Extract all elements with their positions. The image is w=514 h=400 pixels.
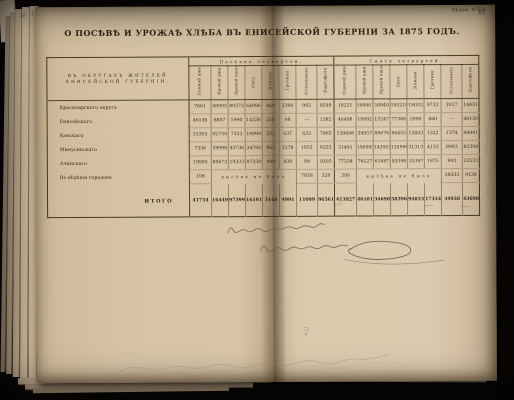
cell-value: 61887 [373,155,390,169]
spacer-cell [228,184,245,193]
cell-value: 328 [317,169,334,183]
cell-value: 18032 [407,99,424,113]
cell-value: 108 [189,170,211,184]
spacer-cell [211,184,228,193]
handwritten-note-bottom [115,357,421,379]
document-page: Вѣдом. № 1-й. 45 68 О ПОСѢВѢ И УРОЖАѢ ХЛ… [35,5,497,383]
cell-value: 98 [279,113,296,127]
leader-dots: . . . . . . . [90,160,120,165]
column-header-label: Картофеля [468,67,473,92]
cell-value: 35397 [407,155,424,169]
cell-value: 77334 [334,155,356,169]
cell-value: 143955 [373,141,390,155]
column-header-label: Остальныхъ яровыхъ хлѣбовъ [449,65,454,94]
spacer-cell [279,183,296,192]
handwritten-folio-fraction: 45 68 [475,6,486,17]
cell-value: 1278 [279,141,296,155]
cell-value: 77388 [390,113,407,127]
row-label: Канскаго. . . . . . . [47,128,189,143]
row-label: Ачинскаго. . . . . . . [47,156,189,171]
cell-value: 18231 [334,99,356,113]
pad-cell [391,208,408,216]
total-value: 94833 [408,192,425,208]
cell-value: 1322 [424,127,441,141]
cell-value: 993 [441,154,462,168]
pencil-smudge [460,206,469,207]
column-header-label: Озимой ржи и пшеницы [343,66,348,95]
total-value: 461811 [357,192,374,208]
cell-value: 64996 [245,100,262,114]
cell-value: 399 [334,169,356,183]
cell-value: 83398 [462,140,479,154]
spacer-cell [408,183,425,192]
leader-dots: . . . . . . . [115,174,145,179]
cell-value: 48993 [211,100,228,114]
cell-note: высѣва не было [356,169,441,183]
column-header-label: Овса [396,76,401,87]
cell-value: 3390 [279,99,296,113]
cell-value: 50940 [373,99,390,113]
cell-value: 19092 [356,113,373,127]
cell-value: 218 [262,113,279,127]
cell-value: 31355 [189,128,211,142]
folio-fraction-bottom: 68 [477,10,485,17]
spacer-cell [374,183,391,192]
column-header: Гречихи [424,65,441,99]
pad-cell [48,209,190,218]
column-header: Картофеля [317,65,334,99]
column-header: Ячменя [262,65,279,99]
total-value: 3148 [262,192,279,208]
column-header: Яровой ржи [356,65,373,99]
cell-value: 993 [296,99,317,113]
column-header: Картофеля [462,64,479,98]
pad-cell [190,209,212,217]
pad-cell [212,209,229,217]
archive-photo: № 1148 Вѣдом. № 1-й. 45 68 О ПОСѢВѢ И УР… [0,0,514,400]
column-header: Овса [245,66,262,100]
cell-value: 14336 [245,114,262,128]
cell-value: 7336 [189,142,211,156]
column-header-label: Озимой ржи и пшеницы [198,66,203,95]
pad-cell [425,208,442,216]
total-value: 161918 [245,193,262,209]
cell-value: 633 [296,127,317,141]
leader-dots: . . . . . . . [95,118,125,123]
spacer-cell [189,184,211,193]
cell-value: 1382 [317,113,334,127]
cell-value: 4133 [424,141,441,155]
cell-value: 5990 [407,113,424,127]
column-header: Овса [390,65,407,99]
cell-value: 839 [279,155,296,169]
pad-cell [463,207,480,215]
cell-value: 190992 [356,141,373,155]
column-header-label: Яровой ржи [217,67,222,95]
spacer-cell [391,183,408,192]
row-label: Енисейскаго. . . . . . . [47,114,189,129]
total-value: 583963 [391,192,408,208]
cell-value: 31313 [407,141,424,155]
pad-cell [263,208,280,216]
handwritten-signature [186,219,442,272]
cell-value: 13403 [407,127,424,141]
column-header-label: Гречихи [285,71,290,90]
column-header-label: Гречихи [430,70,435,89]
handwritten-margin-marks [480,125,498,217]
column-header-label: Ячменя [268,72,273,90]
cell-value: 7333 [228,128,245,142]
cell-value: 139898 [334,127,356,141]
cell-value: 195218 [390,99,407,113]
spacer-cell [296,183,317,192]
pad-cell [229,209,246,217]
column-header: Яровой ржи [211,66,228,100]
spacer-cell [335,183,357,192]
table-pad-row [48,207,480,217]
total-value: 164495 [211,193,228,209]
pad-cell [246,209,263,217]
cell-value: 9393 [317,155,334,169]
cell-value: 49130 [462,112,479,126]
cell-value: 31491 [334,141,356,155]
cell-value: 9333 [317,141,334,155]
cell-value: 9599 [317,99,334,113]
column-header-label: Овса [251,77,256,88]
spacer-cell [425,183,442,192]
spacer-cell [317,183,334,192]
harvest-table: ВЪ ОКРУГАХЪ ЖИТЕЛЕЙ ЕНИСЕЙСКОЙ ГУБЕРНІИ.… [46,55,480,218]
cell-value: — [296,113,317,127]
spacer-cell [245,184,262,193]
pad-cell [318,208,335,216]
cell-value: 34766 [245,142,262,156]
spacer-cell [442,182,463,191]
cell-value: 96455 [390,127,407,141]
cell-value: 94941 [462,126,479,140]
pad-cell [442,207,463,215]
cell-value: 76527 [356,155,373,169]
cell-value: 8993 [441,140,462,154]
column-header-label: Яровой пшеницы [379,65,384,94]
spacer-cell [262,183,279,192]
cell-value: 1017 [441,98,462,112]
column-header: Озимой ржи и пшеницы [189,66,211,100]
cell-value: 7938 [296,169,317,183]
column-header-label: Картофеля [323,68,328,93]
row-label: Въ вѣдѣніи городовъ. . . . . . . [47,170,189,185]
cell-value: 460 [262,99,279,113]
column-header: Яровой пшеницы [373,65,390,99]
cell-value: 963 [262,141,279,155]
row-label: Минусинскаго. . . . . . . [47,142,189,157]
cell-value: 13247 [373,113,390,127]
cell-value: 1875 [424,155,441,169]
cell-value: 8807 [211,114,228,128]
pad-cell [280,208,297,216]
cell-value: 38333 [441,168,462,182]
spacer-cell [357,183,374,192]
cell-value: 19998 [245,128,262,142]
sheet-number-label: Вѣдом. № 1-й. 45 68 [452,8,488,14]
cell-value: 7965 [317,127,334,141]
row-label: Красноярскаго округа. . . . . . . [47,100,189,115]
cell-value: 9733 [424,99,441,113]
cell-value: 14431 [462,98,479,112]
pad-cell [408,208,425,216]
total-value: 11099 [296,192,317,208]
column-header-label: Ячменя [413,71,418,89]
cell-value: 19333 [228,156,245,170]
cell-value: 460 [424,113,441,127]
cell-value: 46136 [189,114,211,128]
cell-value: — [441,112,462,126]
leader-dots: . . . . . . . [86,132,116,137]
column-header: Остальныхъ яровыхъ хлѣбовъ [441,64,462,98]
cell-value: 89373 [228,100,245,114]
cell-value: 7661 [189,100,211,114]
cell-value: 39957 [356,127,373,141]
pad-cell [297,208,318,216]
column-header: Гречихи [279,65,296,99]
cell-value: 92739 [211,128,228,142]
spacer-cell [463,182,480,191]
cell-value: 87338 [245,156,262,170]
cell-value: 9138 [462,168,479,182]
pencil-fraction: 72 4 [302,328,309,338]
column-header: Яровой пшеницы [228,66,245,100]
cell-value: 46498 [334,113,356,127]
cell-value: 99 [296,155,317,169]
pencil-total-annotation: 7236 [332,201,342,206]
cell-value: 1374 [441,126,462,140]
total-value: 97399 [228,193,245,209]
total-label: ИТОГО [47,193,189,210]
cell-value: 135996 [390,141,407,155]
cell-note: высѣва не было [211,169,296,183]
cell-value: 93398 [390,155,407,169]
cell-value: 5990 [228,114,245,128]
cell-value: 23533 [462,154,479,168]
total-value: 41734 [189,193,211,209]
cell-value: 1933 [296,141,317,155]
cell-value: 93736 [228,142,245,156]
total-value: 4991 [279,192,296,208]
pad-cell [357,208,374,216]
column-header-label: Остальныхъ яровыхъ хлѣбовъ [304,66,309,95]
pencil-fraction-bottom: 4 [304,332,308,338]
column-header: Озимой ржи и пшеницы [334,65,356,99]
column-header-label: Яровой ржи [362,66,367,94]
cell-value: 999 [262,155,279,169]
column-header: Ячменя [407,65,424,99]
pad-cell [374,208,391,216]
cell-value: 332 [262,127,279,141]
column-header: Остальныхъ яровыхъ хлѣбовъ [296,65,317,99]
leader-dots: . . . . . . . [120,104,150,109]
cell-value: 19995 [189,156,211,170]
column-header-label: Яровой пшеницы [234,66,239,95]
cell-value: 89673 [211,156,228,170]
cell-value: 637 [279,127,296,141]
pad-cell [335,208,357,216]
cell-value: 89678 [373,127,390,141]
cell-value: 190001 [356,99,373,113]
document-title: О ПОСѢВѢ И УРОЖАѢ ХЛѢБА ВЪ ЕНИСЕЙСКОЙ ГУ… [46,26,478,38]
total-value: 346988 [374,192,391,208]
cell-value: 59998 [211,142,228,156]
leader-dots: . . . . . . . [100,146,130,151]
row-header-cell: ВЪ ОКРУГАХЪ ЖИТЕЛЕЙ ЕНИСЕЙСКОЙ ГУБЕРНІИ. [47,57,189,101]
